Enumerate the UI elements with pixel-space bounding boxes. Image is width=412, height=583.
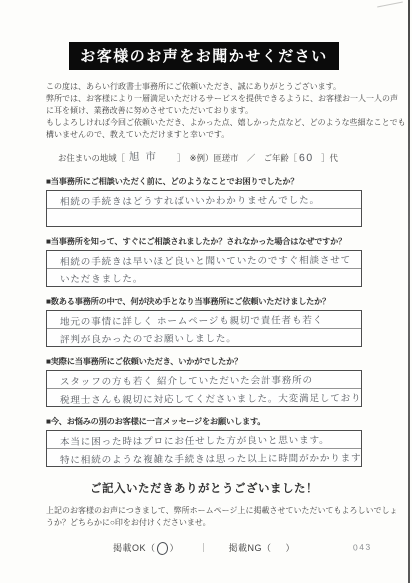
handwritten-answer: いただきました。 — [60, 271, 143, 286]
answer-box: 地元の事情に詳しく ホームページも親切で責任者も若く 評判が良かったのでお願いし… — [46, 310, 362, 347]
handwritten-page-number: 043 — [353, 542, 372, 553]
answer-row: 本当に困った時はプロにお任せした方が良いと思います。 — [47, 431, 361, 449]
answer-box: 相続の手続きはどうすればいいかわかりませんでした。 — [46, 190, 362, 227]
answer-box: 本当に困った時はプロにお任せした方が良いと思います。 特に相続のような複雑な手続… — [46, 430, 362, 467]
handwritten-answer: スタッフの方も若く 紹介していただいた会計事務所の — [60, 372, 313, 389]
answer-row: スタッフの方も若く 紹介していただいた会計事務所の — [47, 371, 361, 389]
question-label: ■今、お悩みの別のお客様に一言メッセージをお願いします。 — [46, 416, 362, 427]
publish-consent-row: 掲載OK（）｜掲載NG（） — [46, 541, 362, 555]
question-block-2: ■当事務所を知って、すぐにご相談されましたか？されなかった場合はなぜですか？ 相… — [46, 236, 362, 287]
residence-example-label: ］ ※例）匝瑳市 ／ ご年齢［ — [177, 153, 297, 163]
answer-box: 相続の手続きは早いほど良いと聞いていたのですぐ相談させて いただきました。 — [46, 250, 362, 287]
residence-age-line: お住まいの地域［旭 市］ ※例）匝瑳市 ／ ご年齢［60］代 — [46, 149, 362, 164]
intro-line: 構いませんので、教えていただけますと幸いです。 — [46, 129, 362, 141]
question-block-5: ■今、お悩みの別のお客様に一言メッセージをお願いします。 本当に困った時はプロに… — [46, 416, 362, 467]
handwritten-region-value: 旭 市 — [129, 149, 158, 164]
age-suffix-label: ］代 — [321, 153, 338, 163]
publish-separator: ｜ — [199, 541, 209, 554]
answer-row: 税理士さんも親切に対応してくださいました。大変満足しております。 — [47, 389, 361, 406]
question-label: ■当事務所にご相談いただく前に、どのようなことでお困りでしたか？ — [46, 176, 362, 187]
permission-line: うか？どちらかに○印をお付けくださいませ。 — [46, 517, 362, 529]
publish-ok-slot — [155, 542, 169, 555]
answer-row: いただきました。 — [47, 269, 361, 286]
question-block-1: ■当事務所にご相談いただく前に、どのようなことでお困りでしたか？ 相続の手続きは… — [46, 176, 362, 227]
scanned-questionnaire-page: お客様のお声をお聞かせください この度は、あらい行政書士事務所にご依頼いただき、… — [0, 0, 412, 583]
answer-box: スタッフの方も若く 紹介していただいた会計事務所の 税理士さんも親切に対応してく… — [46, 370, 362, 407]
scan-edge-artifact — [408, 0, 410, 583]
scan-corner-artifact — [377, 2, 403, 8]
handwritten-answer: 相続の手続きは早いほど良いと聞いていたのですぐ相談させて — [60, 252, 351, 269]
publish-ok-label: 掲載OK（ — [113, 543, 156, 553]
question-block-3: ■数ある事務所の中で、何が決め手となり当事務所にご依頼いただけましたか？ 地元の… — [46, 296, 362, 347]
handwritten-answer: 本当に困った時はプロにお任せした方が良いと思います。 — [60, 432, 330, 449]
question-label: ■実際に当事務所にご依頼いただき、いかがでしたか？ — [46, 356, 362, 367]
answer-row: 相続の手続きはどうすればいいかわかりませんでした。 — [47, 191, 361, 209]
handwritten-circle-mark — [156, 541, 169, 556]
page-title: お客様のお声をお聞かせください — [69, 42, 339, 70]
publish-permission-paragraph: 上記のお客様のお声につきまして、弊所ホームページ上に掲載させていただいてもよろし… — [46, 505, 362, 528]
handwritten-answer: 評判が良かったのでお願いしました。 — [60, 330, 237, 346]
answer-row: 特に相続のような複雑な手続きは思った以上に時間がかかります。 — [47, 449, 361, 466]
permission-line: 上記のお客様のお声につきまして、弊所ホームページ上に掲載させていただいてもよろし… — [46, 505, 362, 517]
answer-row: 相続の手続きは早いほど良いと聞いていたのですぐ相談させて — [47, 251, 361, 269]
question-label: ■数ある事務所の中で、何が決め手となり当事務所にご依頼いただけましたか？ — [46, 296, 362, 307]
handwritten-age-value: 60 — [299, 152, 314, 164]
thanks-message: ご記入いただきありがとうございました！ — [46, 480, 362, 496]
question-block-4: ■実際に当事務所にご依頼いただき、いかがでしたか？ スタッフの方も若く 紹介して… — [46, 356, 362, 407]
answer-row — [47, 209, 361, 226]
residence-label: お住まいの地域［ — [58, 153, 125, 163]
handwritten-answer: 相続の手続きはどうすればいいかわかりませんでした。 — [60, 192, 320, 209]
handwritten-answer: 税理士さんも親切に対応してくださいました。大変満足しております。 — [60, 390, 361, 406]
intro-paragraph: この度は、あらい行政書士事務所にご依頼いただき、誠にありがとうございます。 弊所… — [46, 81, 362, 141]
publish-ok-close: ） — [169, 543, 179, 553]
handwritten-answer: 地元の事情に詳しく ホームページも親切で責任者も若く — [60, 312, 323, 329]
answer-row: 地元の事情に詳しく ホームページも親切で責任者も若く — [47, 311, 361, 329]
intro-line: に耳を傾け、業務改善に努めさせていただいております。 — [46, 105, 362, 117]
question-label: ■当事務所を知って、すぐにご相談されましたか？されなかった場合はなぜですか？ — [46, 236, 362, 247]
intro-line: この度は、あらい行政書士事務所にご依頼いただき、誠にありがとうございます。 — [46, 81, 362, 93]
intro-line: 弊所では、お客様により一層満足いただけるサービスを提供できるように、お客様お一人… — [46, 93, 362, 105]
intro-line: もしよろしければ今回ご依頼いただき、よかった点、嬉しかった点など、どのような些細… — [46, 117, 362, 129]
publish-ng-close: ） — [286, 543, 296, 553]
answer-row: 評判が良かったのでお願いしました。 — [47, 329, 361, 346]
publish-ng-label: 掲載NG（ — [229, 543, 272, 553]
handwritten-answer: 特に相続のような複雑な手続きは思った以上に時間がかかります。 — [60, 450, 361, 466]
